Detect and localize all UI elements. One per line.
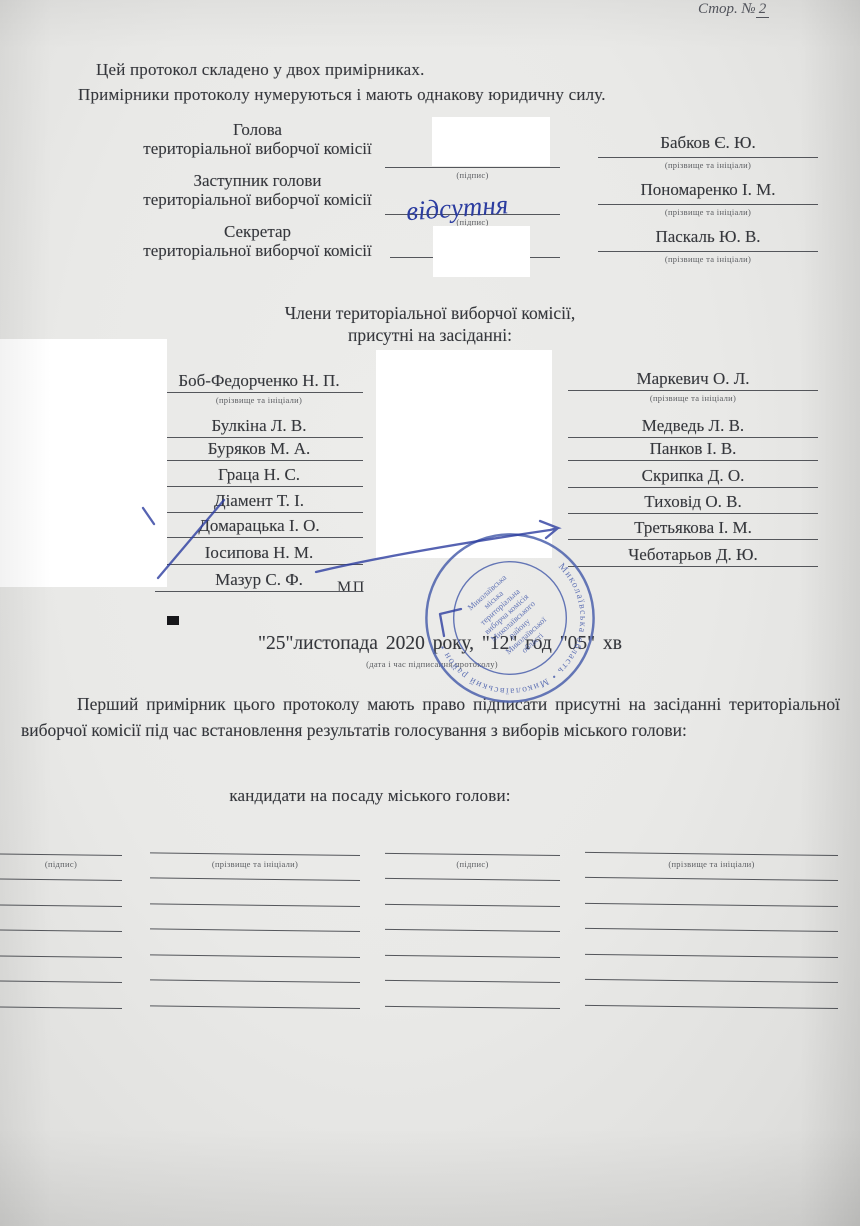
member-signature-line [568,487,818,488]
member-signature-line [155,460,363,461]
table-header-line [585,852,838,856]
member-signature-line [568,566,818,567]
official-title-secretary: Секретар територіальної виборчої комісії [70,223,445,260]
member-name: Буряков М. А. [155,439,363,459]
name-line [598,204,818,205]
page-number-value: 2 [756,1,770,18]
page-number-prefix: Стор. № [698,1,756,17]
table-line [585,1005,838,1009]
handwritten-absent-note: відсутня [402,181,567,229]
member-signature-line [155,437,363,438]
member-signature-line [568,513,818,514]
member-signature-line [568,437,818,438]
official-name: Паскаль Ю. В. [598,227,818,247]
pen-stroke [158,500,224,578]
handwriting-text: відсутня [405,189,509,226]
member-name: Маркевич О. Л. [568,369,818,389]
table-line [385,904,560,907]
redaction-box [432,117,550,166]
members-heading-line-1: Члени територіальної виборчої комісії, [180,302,680,324]
scanned-protocol-page: Стор. №2 Цей протокол складено у двох пр… [0,0,860,1226]
table-header-line [150,852,360,856]
table-line [0,981,122,983]
member-signature-line [568,390,818,391]
name-line [598,251,818,252]
member-signature-line [155,392,363,393]
table-header-line [0,854,122,856]
pen-stroke [440,609,461,636]
table-line [585,928,838,932]
table-line [0,930,122,932]
table-line [585,954,838,958]
table-line [385,929,560,932]
table-line [150,954,360,958]
official-title-head: Голова територіальної виборчої комісії [70,121,445,158]
table-column-label: (прізвище та ініціали) [150,859,360,869]
table-line [585,903,838,907]
member-name: Третьякова І. М. [568,518,818,538]
table-line [150,979,360,983]
table-line [0,879,122,881]
member-signature-line [568,539,818,540]
table-line [585,979,838,983]
pen-stroke [143,508,154,524]
candidates-heading: кандидати на посаду міського голови: [120,786,620,806]
table-line [150,903,360,907]
name-label: (прізвище та ініціали) [598,160,818,170]
intro-line-2: Примірники протоколу нумеруються і мають… [78,82,606,107]
official-title-line: територіальної виборчої комісії [70,140,445,159]
member-name: Булкіна Л. В. [155,416,363,436]
table-column-label: (прізвище та ініціали) [585,859,838,869]
name-label: (прізвище та ініціали) [155,395,363,405]
table-column-label: (підпис) [385,859,560,869]
official-title-line: територіальної виборчої комісії [70,242,445,261]
table-line [150,877,360,881]
signature-line [385,167,560,168]
official-title-line: Голова [70,121,445,140]
name-line [598,157,818,158]
pen-strokes-overlay [140,480,600,660]
official-name: Бабков Є. Ю. [598,133,818,153]
table-line [385,878,560,881]
table-line [585,877,838,881]
pen-stroke [316,521,558,572]
members-heading-line-2: присутні на засіданні: [180,324,680,346]
official-title-line: територіальної виборчої комісії [70,191,445,210]
intro-paragraph: Цей протокол складено у двох примірниках… [78,57,606,107]
table-line [0,1007,122,1009]
redaction-box [433,226,530,277]
member-name: Боб-Федорченко Н. П. [155,371,363,391]
table-line [385,955,560,958]
table-line [0,956,122,958]
member-name: Тиховід О. В. [568,492,818,512]
page-number: Стор. №2 [698,1,769,18]
name-label: (прізвище та ініціали) [598,207,818,217]
table-line [150,928,360,932]
signature-label: (підпис) [385,170,560,180]
member-name: Панков І. В. [568,439,818,459]
name-label: (прізвище та ініціали) [598,254,818,264]
table-line [385,1006,560,1009]
table-column-label: (підпис) [0,859,122,869]
table-line [0,905,122,907]
table-line [385,980,560,983]
member-name: Медведь Л. В. [568,416,818,436]
member-name: Скрипка Д. О. [568,466,818,486]
official-name: Пономаренко І. М. [598,180,818,200]
table-header-line [385,853,560,856]
name-label: (прізвище та ініціали) [568,393,818,403]
members-heading: Члени територіальної виборчої комісії, п… [180,302,680,346]
member-name: Чеботарьов Д. Ю. [568,545,818,565]
intro-line-1: Цей протокол складено у двох примірниках… [78,57,606,82]
table-line [150,1005,360,1009]
member-signature-line [568,460,818,461]
